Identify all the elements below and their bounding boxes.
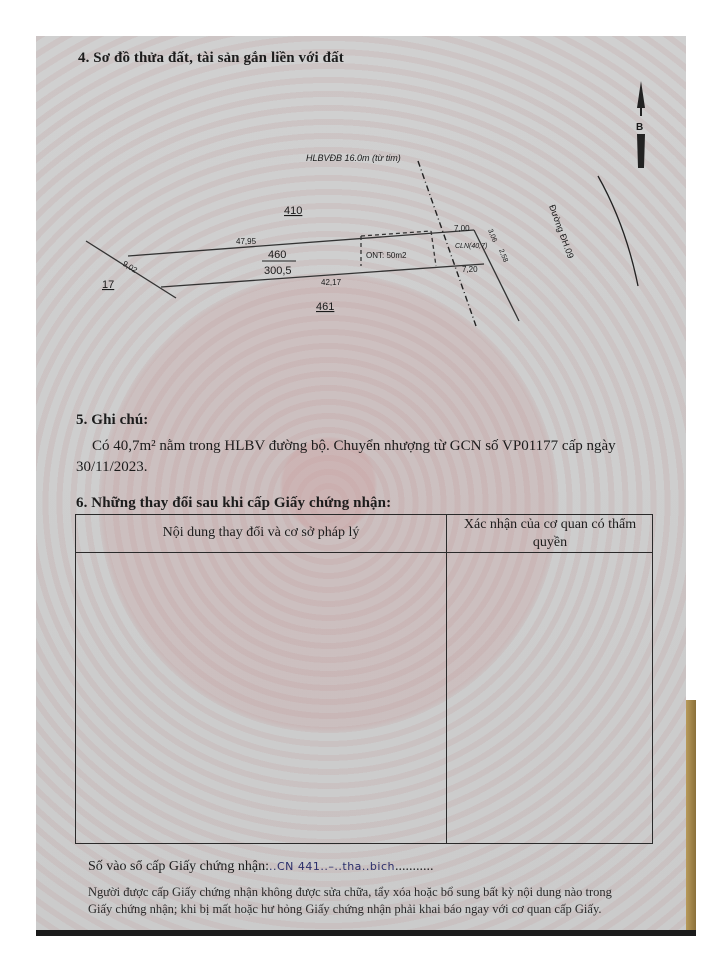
dim-top: 47,95 <box>236 237 257 246</box>
corridor-label: HLBVĐB 16.0m (từ tim) <box>306 153 401 163</box>
registry-value: ..CN 441..–..tha..bich <box>269 860 395 873</box>
notice-line-1: Người được cấp Giấy chứng nhận không đượ… <box>88 884 658 901</box>
dim-bottom-right: 7,20 <box>462 265 478 274</box>
note-line-2: 30/11/2023. <box>76 457 148 478</box>
page-edge <box>686 700 696 930</box>
registry-label: Số vào sổ cấp Giấy chứng nhận: <box>88 859 269 874</box>
registry-number: Số vào sổ cấp Giấy chứng nhận:..CN 441..… <box>88 856 433 877</box>
dim-top-right: 7,00 <box>454 224 470 233</box>
changes-table: Nội dung thay đổi và cơ sở pháp lý Xác n… <box>75 514 653 844</box>
dim-east-lower: 2,58 <box>497 248 509 263</box>
section6-title: 6. Những thay đổi sau khi cấp Giấy chứng… <box>76 495 391 512</box>
building-label: ONT: 50m2 <box>366 251 407 260</box>
corridor-area-label: CLN(40,7) <box>455 243 487 250</box>
north-arrow-icon: B <box>636 81 645 168</box>
section5-title: 5. Ghi chú: <box>76 412 148 429</box>
neighbor-south: 461 <box>316 301 334 313</box>
header-changes: Nội dung thay đổi và cơ sở pháp lý <box>76 524 446 542</box>
land-parcel-map: B Đường ĐH.09 HLBVĐB 16.0m (từ tim) 410 … <box>36 36 686 336</box>
page-shadow <box>36 930 696 936</box>
neighbor-north: 410 <box>284 205 302 217</box>
header-confirmation-line1: Xác nhận của cơ quan có thẩm <box>448 516 652 534</box>
parcel-area: 300,5 <box>264 265 292 277</box>
dim-bottom: 42,17 <box>321 278 342 287</box>
header-confirmation: Xác nhận của cơ quan có thẩm quyền <box>448 516 652 552</box>
certificate-notice: Người được cấp Giấy chứng nhận không đượ… <box>88 884 658 918</box>
note-line-1: Có 40,7m² nằm trong HLBV đường bộ. Chuyể… <box>92 436 616 457</box>
road-label: Đường ĐH.09 <box>547 203 576 259</box>
neighbor-west: 17 <box>102 279 114 291</box>
dim-east-upper: 3,06 <box>486 228 498 243</box>
notice-line-2: Giấy chứng nhận; khi bị mất hoặc hư hỏng… <box>88 901 658 918</box>
road-edge <box>598 176 638 286</box>
north-label: B <box>636 122 643 133</box>
parcel-number: 460 <box>268 249 286 261</box>
header-divider <box>76 552 652 553</box>
header-confirmation-line2: quyền <box>448 534 652 552</box>
column-divider <box>446 515 447 843</box>
registry-dots: ........... <box>395 859 434 874</box>
